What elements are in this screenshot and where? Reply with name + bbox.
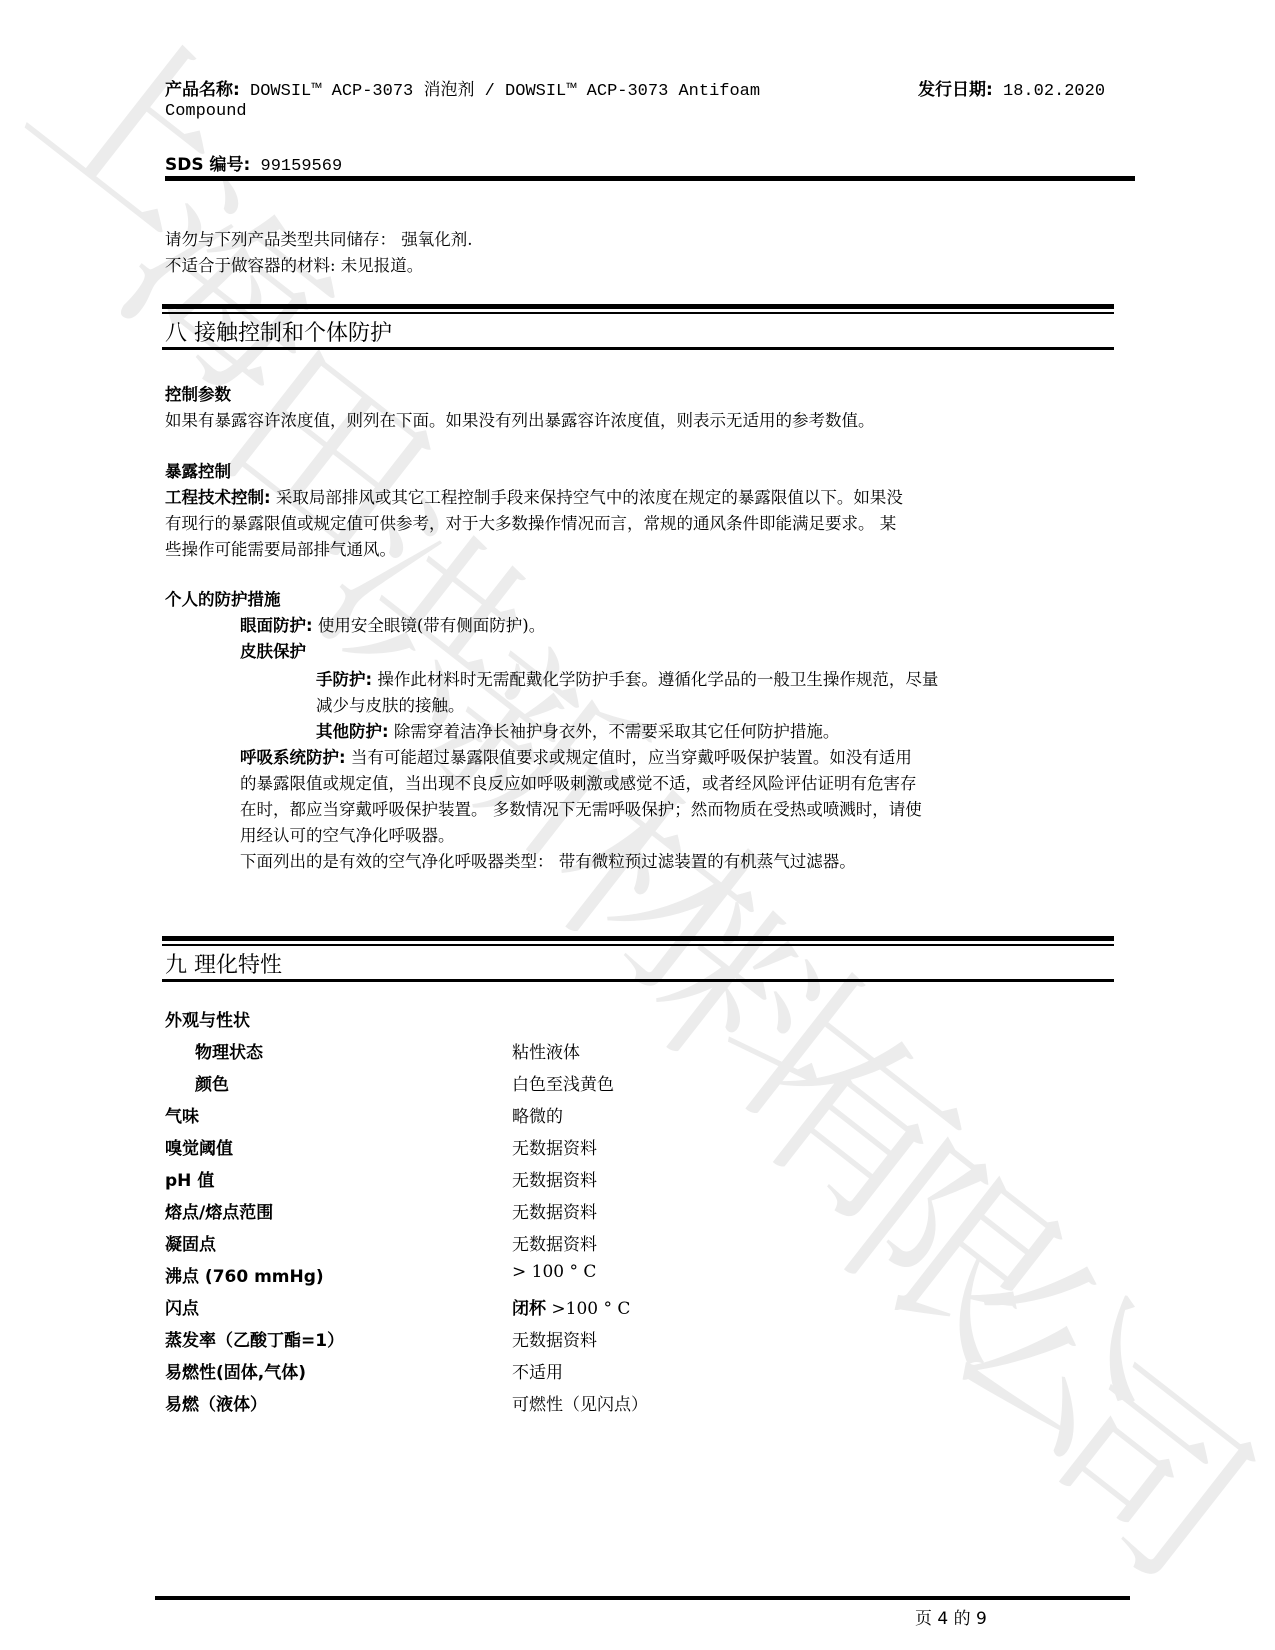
- property-label: 闪点: [165, 1294, 199, 1319]
- property-value: 无数据资料: [512, 1198, 597, 1223]
- property-value: 无数据资料: [512, 1166, 597, 1191]
- other-protection-label: 其他防护:: [316, 722, 389, 741]
- eye-protection-text: 使用安全眼镜(带有侧面防护)。: [313, 616, 546, 635]
- respiratory-protection: 呼吸系统防护: 当有可能超过暴露限值要求或规定值时，应当穿戴呼吸保护装置。如没有…: [240, 748, 912, 768]
- appearance-heading: 外观与性状: [165, 1006, 250, 1031]
- property-label: 蒸发率（乙酸丁酯=1）: [165, 1326, 344, 1351]
- section-8-top-line: [162, 312, 1114, 314]
- property-label: 熔点/熔点范围: [165, 1198, 273, 1223]
- engineering-controls-label: 工程技术控制:: [165, 488, 271, 507]
- respiratory-protection-text: 当有可能超过暴露限值要求或规定值时，应当穿戴呼吸保护装置。如没有适用: [346, 748, 912, 767]
- header-divider: [165, 176, 1135, 181]
- property-value: 无数据资料: [512, 1230, 597, 1255]
- respirator-types: 下面列出的是有效的空气净化呼吸器类型： 带有微粒预过滤装置的有机蒸气过滤器。: [240, 852, 856, 872]
- hand-protection-line2: 减少与皮肤的接触。: [316, 696, 465, 716]
- section-8-top-bar: [162, 304, 1114, 309]
- personal-protection-heading: 个人的防护措施: [165, 590, 281, 610]
- eye-protection: 眼面防护: 使用安全眼镜(带有侧面防护)。: [240, 616, 545, 636]
- product-name-line2: Compound: [165, 102, 247, 121]
- storage-incompatible: 请勿与下列产品类型共同储存： 强氧化剂.: [165, 230, 473, 250]
- property-label: 易燃（液体）: [165, 1390, 267, 1415]
- sds-number: SDS 编号: 99159569: [165, 150, 342, 176]
- footer-divider: [155, 1596, 1130, 1600]
- property-value: 可燃性（见闪点）: [512, 1390, 648, 1415]
- engineering-controls-line3: 些操作可能需要局部排气通风。: [165, 540, 396, 560]
- property-label: 易燃性(固体,气体): [165, 1358, 306, 1383]
- sds-number-value: 99159569: [250, 157, 342, 176]
- property-value: 无数据资料: [512, 1134, 597, 1159]
- control-params-heading: 控制参数: [165, 385, 231, 405]
- engineering-controls-text: 采取局部排风或其它工程控制手段来保持空气中的浓度在规定的暴露限值以下。如果没: [271, 488, 903, 507]
- hand-protection-text: 操作此材料时无需配戴化学防护手套。遵循化学品的一般卫生操作规范，尽量: [372, 670, 938, 689]
- section-9-top-bar: [162, 936, 1114, 941]
- respiratory-protection-line4: 用经认可的空气净化呼吸器。: [240, 826, 455, 846]
- property-value: 粘性液体: [512, 1038, 580, 1063]
- respiratory-protection-line2: 的暴露限值或规定值，当出现不良反应如呼吸刺激或感觉不适，或者经风险评估证明有危害…: [240, 774, 917, 794]
- issue-date: 发行日期: 18.02.2020: [918, 75, 1105, 101]
- storage-container-material: 不适合于做容器的材料: 未见报道。: [165, 256, 423, 276]
- property-label: 气味: [165, 1102, 199, 1127]
- property-label: 颜色: [195, 1070, 229, 1095]
- property-value: 不适用: [512, 1358, 563, 1383]
- skin-protection-heading: 皮肤保护: [240, 642, 306, 662]
- property-value: 白色至浅黄色: [512, 1070, 614, 1095]
- property-value: > 100 ° C: [512, 1262, 596, 1282]
- product-name: 产品名称: DOWSIL™ ACP-3073 消泡剂 / DOWSIL™ ACP…: [165, 75, 760, 101]
- control-params-text: 如果有暴露容许浓度值，则列在下面。如果没有列出暴露容许浓度值，则表示无适用的参考…: [165, 411, 875, 431]
- eye-protection-label: 眼面防护:: [240, 616, 313, 635]
- property-label: 凝固点: [165, 1230, 216, 1255]
- other-protection-text: 除需穿着洁净长袖护身衣外，不需要采取其它任何防护措施。: [389, 722, 840, 741]
- property-label: 物理状态: [195, 1038, 263, 1063]
- page-number: 页 4 的 9: [915, 1604, 987, 1629]
- product-name-label: 产品名称:: [165, 80, 240, 100]
- property-value-qualifier: 闭杯: [512, 1299, 546, 1319]
- issue-date-value: 18.02.2020: [993, 82, 1105, 101]
- engineering-controls: 工程技术控制: 采取局部排风或其它工程控制手段来保持空气中的浓度在规定的暴露限值…: [165, 488, 903, 508]
- sds-page: 产品名称: DOWSIL™ ACP-3073 消泡剂 / DOWSIL™ ACP…: [0, 0, 1275, 1650]
- section-9-underline: [162, 979, 1114, 982]
- property-value: 闭杯 >100 ° C: [512, 1294, 630, 1319]
- respiratory-protection-label: 呼吸系统防护:: [240, 748, 346, 767]
- hand-protection-label: 手防护:: [316, 670, 372, 689]
- section-9-title: 九 理化特性: [165, 948, 282, 979]
- product-name-value: DOWSIL™ ACP-3073 消泡剂 / DOWSIL™ ACP-3073 …: [240, 82, 760, 101]
- property-label: 沸点 (760 mmHg): [165, 1262, 324, 1287]
- sds-number-label: SDS 编号:: [165, 155, 250, 175]
- engineering-controls-line2: 有现行的暴露限值或规定值可供参考，对于大多数操作情况而言，常规的通风条件即能满足…: [165, 514, 896, 534]
- property-value: 略微的: [512, 1102, 563, 1127]
- property-label: pH 值: [165, 1166, 214, 1191]
- property-value-text: >100 ° C: [546, 1299, 630, 1319]
- hand-protection: 手防护: 操作此材料时无需配戴化学防护手套。遵循化学品的一般卫生操作规范，尽量: [316, 670, 938, 690]
- property-value: 无数据资料: [512, 1326, 597, 1351]
- section-9-top-line: [162, 944, 1114, 946]
- issue-date-label: 发行日期:: [918, 80, 993, 100]
- exposure-controls-heading: 暴露控制: [165, 462, 231, 482]
- other-protection: 其他防护: 除需穿着洁净长袖护身衣外，不需要采取其它任何防护措施。: [316, 722, 839, 742]
- respiratory-protection-line3: 在时，都应当穿戴呼吸保护装置。 多数情况下无需呼吸保护；然而物质在受热或喷溅时，…: [240, 800, 922, 820]
- section-8-title: 八 接触控制和个体防护: [165, 316, 392, 347]
- section-8-underline: [162, 347, 1114, 350]
- property-label: 嗅觉阈值: [165, 1134, 233, 1159]
